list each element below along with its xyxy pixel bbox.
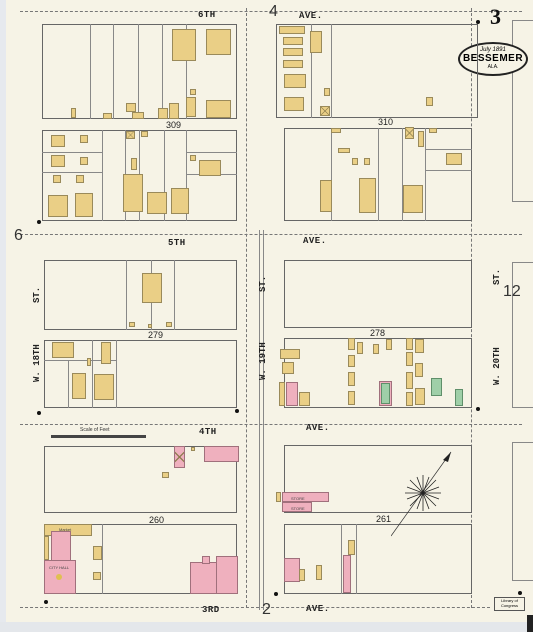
building [80,135,88,143]
building [348,540,355,555]
block-number-309: 309 [166,120,181,130]
building [406,338,413,350]
building [191,447,195,451]
scale-label: Scale of Feet [80,427,109,433]
building [299,569,305,581]
hydrant-marker [476,407,480,411]
building [386,339,392,350]
scan-bottom-edge [0,622,533,632]
building [403,185,423,213]
building [93,546,102,560]
building-shed [320,106,330,116]
city-hall: CITY HALL [44,560,76,594]
compass-rose [391,450,461,540]
building [418,131,424,147]
brick-building [343,555,351,593]
brick-store: STORE [282,492,329,502]
building [348,372,355,386]
street-label-st-left: ST. [32,287,42,303]
building [172,29,196,61]
brick-building [202,556,210,564]
building [71,108,76,118]
block-number-310: 310 [378,117,393,127]
block-279-north [44,260,237,330]
building [186,97,196,117]
building [171,188,189,214]
building [415,388,425,405]
building [123,174,143,212]
building [101,342,111,364]
adjacent-sheet-right[interactable]: 12 [503,283,521,301]
building [190,89,196,95]
brick-building [51,531,71,561]
building [276,492,281,502]
scan-corner [527,615,533,632]
building [359,178,376,213]
building [280,349,300,359]
hydrant-marker [274,592,278,596]
street-label-w19th: W. 19TH [258,342,268,380]
building [87,358,91,366]
building-shed [405,127,414,139]
building [93,572,101,580]
building [141,131,148,137]
street-label-st-middle: ST. [258,276,268,292]
building [162,472,169,478]
scale-bar [51,435,146,438]
building [279,26,305,34]
building [320,180,332,212]
building [131,158,137,170]
building [169,103,179,119]
building [282,362,294,374]
building [331,128,341,133]
street-label-w18th: W. 18TH [32,344,42,382]
building [283,60,303,68]
building [129,322,135,327]
building [299,392,310,406]
street-label-st-right: ST. [492,269,502,285]
hydrant-marker [37,411,41,415]
brick-building [284,558,300,582]
hydrant-marker [518,591,522,595]
fifth-avenue-line [20,234,522,235]
brick-building [204,446,239,462]
special-building [455,389,463,406]
building [348,338,355,350]
library-of-congress-label: Library of Congress [494,597,525,611]
building [316,565,322,580]
north-arrow-icon [391,450,461,540]
west-19th-street-line-left [246,8,247,608]
building [284,97,304,111]
block-310-north [276,24,478,118]
building [142,273,162,303]
building [53,175,61,183]
street-label-w20th: W. 20TH [492,347,502,385]
adjacent-sheet-left[interactable]: 6 [14,227,23,245]
building [206,100,231,118]
building [52,342,74,358]
brick-building [286,382,298,406]
street-label-3rd: 3RD [202,605,220,615]
block-number-278: 278 [370,328,385,338]
map-sheet: 3 July 1891 BESSEMER ALA. 6TH AVE. 5TH A… [6,0,533,622]
building [415,339,424,353]
building [190,155,196,161]
building [103,113,112,119]
building [279,382,285,406]
block-number-279: 279 [148,330,163,340]
building [348,391,355,405]
street-label-5th: 5TH [168,238,186,248]
building [75,193,93,217]
building [406,352,413,366]
building [406,372,413,389]
building [415,363,423,377]
third-avenue-line [20,607,490,608]
building [72,373,86,399]
building [51,135,65,147]
building [426,97,433,106]
hydrant-marker [235,409,239,413]
street-label-ave-5th: AVE. [303,236,327,246]
building [429,128,437,133]
building [51,155,65,167]
building [352,158,358,165]
building [338,148,350,153]
building [48,195,68,217]
building [126,103,136,112]
adjacent-block-outline-low [512,442,533,581]
building [166,322,172,327]
building [446,153,462,165]
brick-store: STORE [282,502,312,512]
building [94,374,114,400]
building [406,392,413,406]
page-number: 3 [490,4,501,30]
building-shed [126,131,135,139]
street-label-6th: 6TH [198,10,216,20]
block-number-261: 261 [376,514,391,524]
brick-building [174,446,185,468]
building [373,344,379,354]
adjacent-sheet-top[interactable]: 4 [269,3,278,21]
building [76,175,84,183]
street-label-ave-top: AVE. [299,11,323,21]
street-label-ave-bottom: AVE. [306,604,330,614]
building [44,536,49,560]
hydrant-marker [37,220,41,224]
building [206,29,231,55]
special-building [381,383,390,404]
building [147,192,167,214]
adjacent-sheet-bottom[interactable]: 2 [262,601,271,619]
building [80,157,88,165]
building [324,88,330,96]
building [283,37,303,45]
building [357,342,363,354]
building [284,74,306,88]
street-label-ave-4th: AVE. [306,423,330,433]
special-building [431,378,442,396]
hydrant-marker [44,600,48,604]
building [199,160,221,176]
building [148,324,152,328]
building [132,112,144,119]
block-278-north [284,260,472,328]
brick-building [216,556,238,594]
building [364,158,370,165]
building [348,355,355,367]
building [283,48,303,56]
street-label-4th: 4TH [199,427,217,437]
building [310,31,322,53]
hydrant-marker [476,20,480,24]
building [158,108,168,119]
fourth-avenue-line [20,424,522,425]
